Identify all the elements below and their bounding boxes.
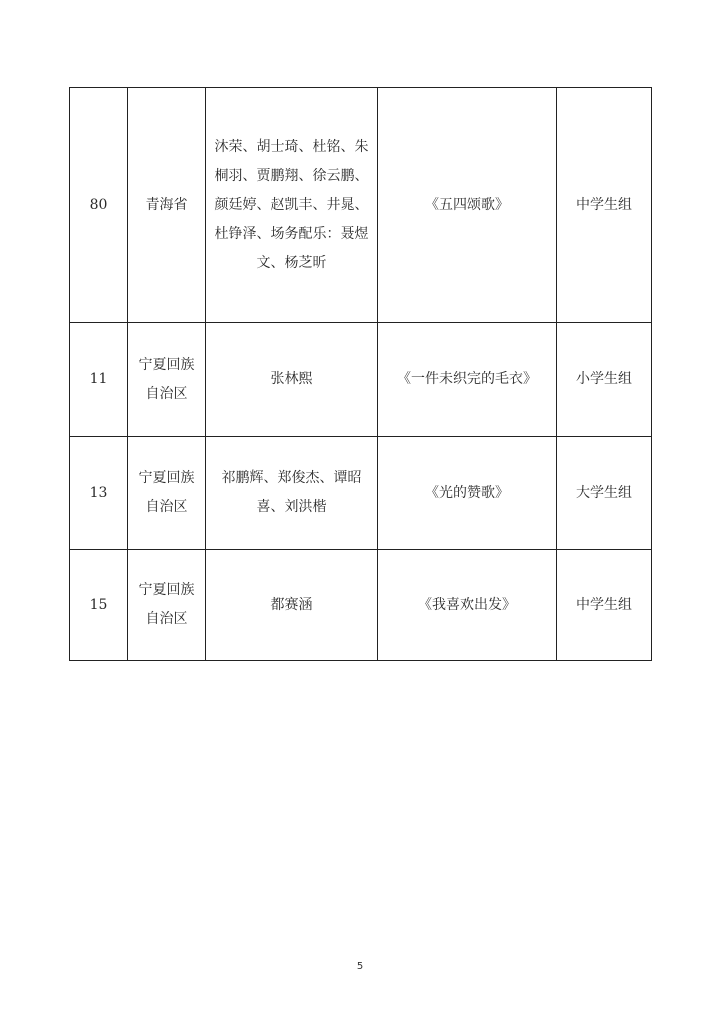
work-title: 《五四颂歌》 (378, 88, 557, 323)
entry-number: 11 (70, 323, 128, 437)
table-row: 13 宁夏回族自治区 祁鹏辉、郑俊杰、谭昭喜、刘洪楷 《光的赞歌》 大学生组 (70, 437, 652, 550)
entry-number: 15 (70, 550, 128, 661)
group-category: 中学生组 (557, 550, 652, 661)
group-category: 大学生组 (557, 437, 652, 550)
group-category: 中学生组 (557, 88, 652, 323)
document-page: 80 青海省 沐荣、胡士琦、杜铭、朱桐羽、贾鹏翔、徐云鹏、颜廷婷、赵凯丰、井晁、… (0, 0, 720, 1018)
participant-names: 张林熙 (206, 365, 377, 394)
table-row: 15 宁夏回族自治区 都赛涵 《我喜欢出发》 中学生组 (70, 550, 652, 661)
province: 宁夏回族自治区 (128, 464, 205, 522)
page-number: 5 (0, 961, 720, 972)
province-cell: 青海省 (128, 88, 206, 323)
province: 青海省 (128, 191, 205, 220)
province: 宁夏回族自治区 (128, 576, 205, 634)
work-title: 《光的赞歌》 (378, 437, 557, 550)
participant-names: 沐荣、胡士琦、杜铭、朱桐羽、贾鹏翔、徐云鹏、颜廷婷、赵凯丰、井晁、杜铮泽、场务配… (206, 133, 377, 278)
table-row: 11 宁夏回族自治区 张林熙 《一件未织完的毛衣》 小学生组 (70, 323, 652, 437)
participants-cell: 都赛涵 (206, 550, 378, 661)
province-cell: 宁夏回族自治区 (128, 323, 206, 437)
participants-cell: 沐荣、胡士琦、杜铭、朱桐羽、贾鹏翔、徐云鹏、颜廷婷、赵凯丰、井晁、杜铮泽、场务配… (206, 88, 378, 323)
province: 宁夏回族自治区 (128, 351, 205, 409)
province-cell: 宁夏回族自治区 (128, 437, 206, 550)
participant-names: 都赛涵 (206, 591, 377, 620)
entry-number: 13 (70, 437, 128, 550)
participants-table: 80 青海省 沐荣、胡士琦、杜铭、朱桐羽、贾鹏翔、徐云鹏、颜廷婷、赵凯丰、井晁、… (69, 87, 652, 661)
table-row: 80 青海省 沐荣、胡士琦、杜铭、朱桐羽、贾鹏翔、徐云鹏、颜廷婷、赵凯丰、井晁、… (70, 88, 652, 323)
work-title: 《一件未织完的毛衣》 (378, 323, 557, 437)
work-title: 《我喜欢出发》 (378, 550, 557, 661)
participant-names: 祁鹏辉、郑俊杰、谭昭喜、刘洪楷 (206, 464, 377, 522)
participants-cell: 张林熙 (206, 323, 378, 437)
participants-cell: 祁鹏辉、郑俊杰、谭昭喜、刘洪楷 (206, 437, 378, 550)
group-category: 小学生组 (557, 323, 652, 437)
entry-number: 80 (70, 88, 128, 323)
province-cell: 宁夏回族自治区 (128, 550, 206, 661)
